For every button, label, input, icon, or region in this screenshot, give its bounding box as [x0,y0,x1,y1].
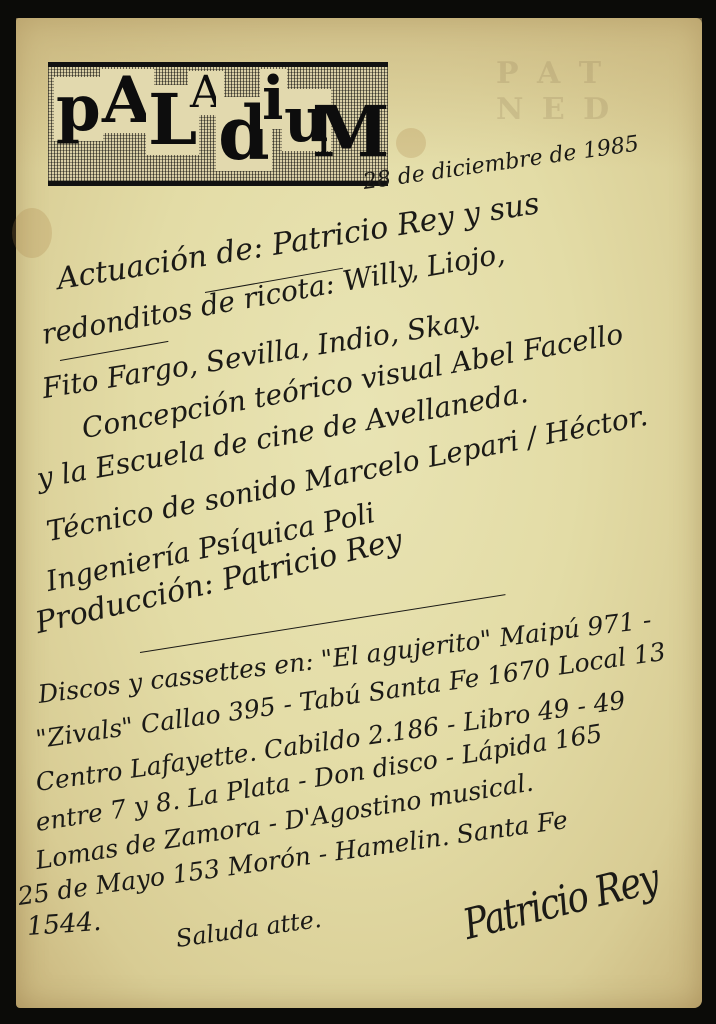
logo-letter: p [54,77,103,141]
bleed-through-text: P A TN E D [496,56,696,128]
logo-lettering: p A L A d i u M [48,67,388,181]
paladium-logo: p A L A d i u M [48,62,388,186]
logo-letter: M [312,97,390,167]
paper-stain [12,208,52,258]
letter-line: 1544. [26,907,102,942]
paper-stain [396,128,426,158]
